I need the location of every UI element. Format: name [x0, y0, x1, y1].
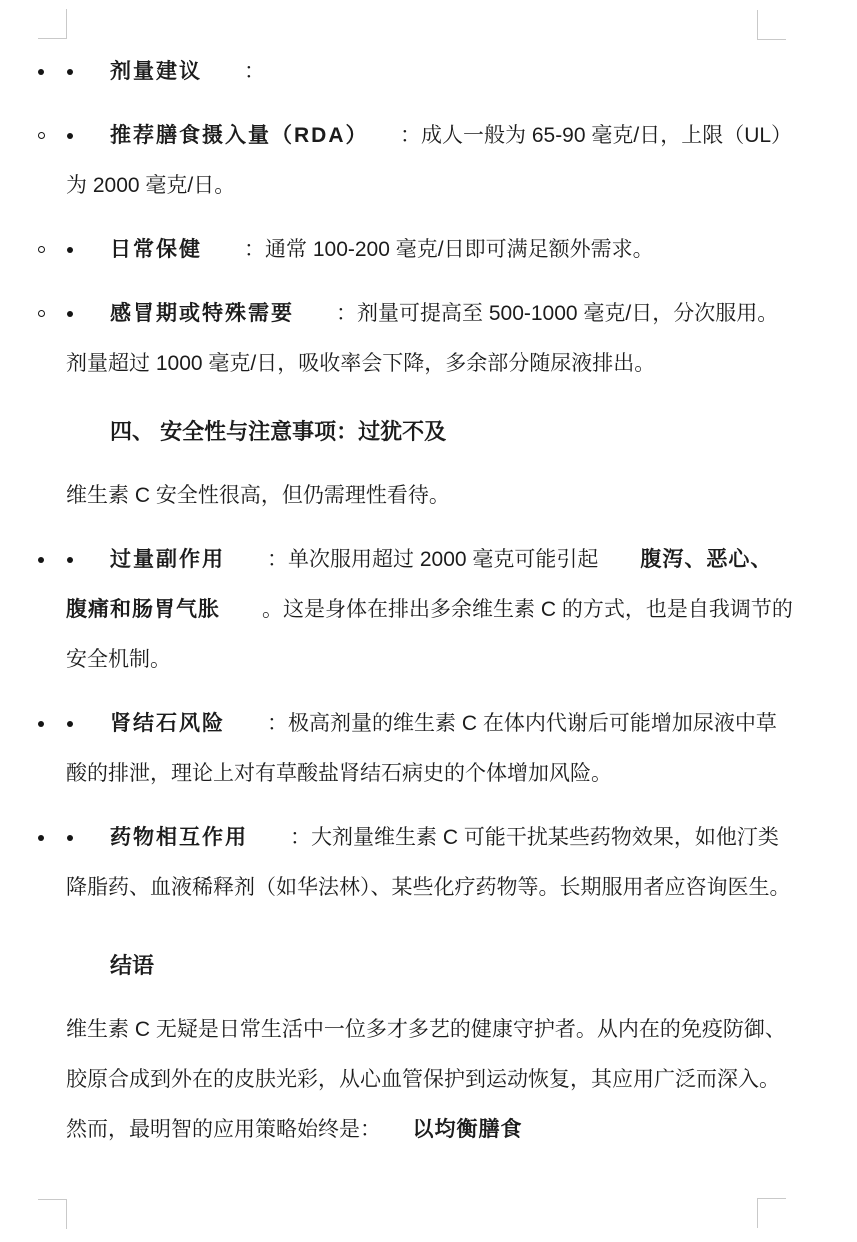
- list-text: ：: [202, 60, 265, 83]
- list-item-cold-period: 感冒期或特殊需要 ：剂量可提高至 500-1000 毫克/日，分次服用。剂量超过…: [66, 289, 793, 389]
- list-item-overdose: 过量副作用 ：单次服用超过 2000 毫克可能引起 腹泻、恶心、腹痛和肠胃气胀 …: [66, 535, 793, 685]
- bold-inline-text: 以均衡膳食: [413, 1118, 523, 1141]
- paragraph-conclusion: 维生素 C 无疑是日常生活中一位多才多艺的健康守护者。从内在的免疫防御、胶原合成…: [66, 1005, 793, 1155]
- list-term: 剂量建议: [110, 60, 202, 83]
- margin-corner-top-left-icon: [38, 9, 67, 39]
- section-heading-safety: 四、 安全性与注意事项：过犹不及: [66, 407, 793, 457]
- list-term: 肾结石风险: [110, 712, 225, 735]
- bullet-dot-icon: [38, 557, 44, 563]
- margin-corner-bottom-right-icon: [757, 1198, 786, 1228]
- list-item-dosage: 剂量建议 ：: [66, 47, 793, 97]
- margin-corner-bottom-left-icon: [38, 1199, 67, 1229]
- list-item-daily-care: 日常保健 ：通常 100-200 毫克/日即可满足额外需求。: [66, 225, 793, 275]
- bullet-circle-icon: [38, 246, 45, 253]
- bullet-circle-icon: [38, 132, 45, 139]
- list-term: 感冒期或特殊需要: [110, 302, 294, 325]
- list-term: 日常保健: [110, 238, 202, 261]
- bullet-dot-icon: [67, 557, 73, 563]
- bullet-dot-icon: [67, 721, 73, 727]
- list-item-kidney-stone: 肾结石风险 ：极高剂量的维生素 C 在体内代谢后可能增加尿液中草酸的排泄，理论上…: [66, 699, 793, 799]
- bullet-dot-icon: [67, 311, 73, 317]
- list-item-drug-interaction: 药物相互作用 ：大剂量维生素 C 可能干扰某些药物效果，如他汀类降脂药、血液稀释…: [66, 813, 793, 913]
- list-term: 推荐膳食摄入量（RDA）: [110, 124, 358, 147]
- bullet-dot-icon: [67, 133, 73, 139]
- bullet-dot-icon: [38, 69, 44, 75]
- list-term: 过量副作用: [110, 548, 225, 571]
- bullet-dot-icon: [38, 835, 44, 841]
- bullet-dot-icon: [67, 247, 73, 253]
- list-text: ：通常 100-200 毫克/日即可满足额外需求。: [202, 238, 654, 261]
- paragraph-safety-intro: 维生素 C 安全性很高，但仍需理性看待。: [66, 471, 793, 521]
- list-text: ：单次服用超过 2000 毫克可能引起: [225, 548, 640, 571]
- bullet-dot-icon: [38, 721, 44, 727]
- document-page: 剂量建议 ： 推荐膳食摄入量（RDA） ：成人一般为 65-90 毫克/日，上限…: [0, 0, 857, 1242]
- margin-corner-top-right-icon: [757, 10, 786, 40]
- bullet-dot-icon: [67, 835, 73, 841]
- list-item-rda: 推荐膳食摄入量（RDA） ：成人一般为 65-90 毫克/日，上限（UL）为 2…: [66, 111, 793, 211]
- list-term: 药物相互作用: [110, 826, 248, 849]
- bullet-circle-icon: [38, 310, 45, 317]
- section-heading-conclusion: 结语: [66, 941, 793, 991]
- bullet-dot-icon: [67, 69, 73, 75]
